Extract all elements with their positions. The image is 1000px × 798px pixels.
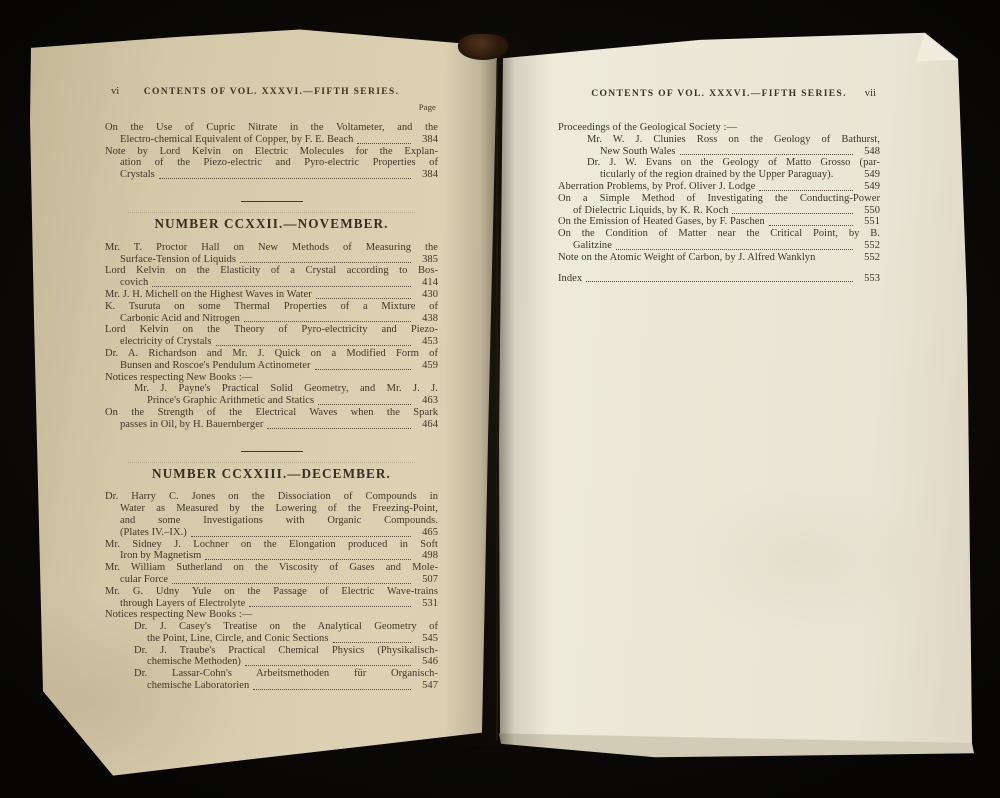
toc-line-text: passes in Oil, by H. Bauernberger — [120, 419, 263, 431]
toc-line: Mr. W. J. Clunies Ross on the Geology of… — [558, 134, 880, 146]
leader-dots — [152, 286, 411, 287]
page-column-label: Page — [105, 102, 436, 113]
toc-line: Mr. William Sutherland on the Viscosity … — [105, 562, 438, 574]
section-rule — [241, 201, 303, 202]
toc-entry-lastline: passes in Oil, by H. Bauernberger464 — [105, 419, 438, 431]
left-folio: vi — [111, 86, 119, 98]
toc-line-text: Bunsen and Roscoe's Pendulum Actinometer — [120, 360, 311, 372]
toc-line-text: Crystals — [120, 169, 155, 181]
toc-entry-lastline: through Layers of Electrolyte531 — [105, 598, 438, 610]
toc-entry: Notices respecting New Books :— — [105, 372, 438, 384]
leader-dots — [315, 369, 411, 370]
toc-line: Notices respecting New Books :— — [105, 609, 438, 621]
toc-line: ation of the Piezo-electric and Pyro-ele… — [105, 157, 438, 169]
toc-line-text: (Plates IV.–IX.) — [120, 527, 187, 539]
toc-entry-lastline: Galitzine552 — [558, 240, 880, 252]
toc-line: Mr. G. Udny Yule on the Passage of Elect… — [105, 586, 438, 598]
toc-entry: Dr. J. Casey's Treatise on the Analytica… — [105, 621, 438, 645]
toc-entry-lastline: On the Emission of Heated Gases, by F. P… — [558, 216, 880, 228]
leader-dots — [191, 536, 411, 537]
toc-line: Mr. J. Payne's Practical Solid Geometry,… — [105, 383, 438, 395]
toc-entry-lastline: of Dielectric Liquids, by K. R. Koch550 — [558, 205, 880, 217]
toc-page-number: 546 — [414, 656, 438, 668]
toc-line: Dr. Harry C. Jones on the Dissociation o… — [105, 491, 438, 503]
toc-line-text: Electro-chemical Equivalent of Copper, b… — [120, 134, 353, 146]
toc-line: Dr. J. W. Evans on the Geology of Matto … — [558, 157, 880, 169]
toc-page-number: 464 — [414, 419, 438, 431]
toc-line: Mr. T. Proctor Hall on New Methods of Me… — [105, 242, 438, 254]
leader-dots — [586, 281, 853, 282]
toc-line-text: ticularly of the region drained by the U… — [600, 169, 833, 181]
toc-page-number: 438 — [414, 313, 438, 325]
toc-entry-lastline: Bunsen and Roscoe's Pendulum Actinometer… — [105, 360, 438, 372]
toc-entry: Mr. William Sutherland on the Viscosity … — [105, 562, 438, 586]
toc-entry: Mr. W. J. Clunies Ross on the Geology of… — [558, 134, 880, 158]
leader-dots — [245, 665, 411, 666]
right-running-title: CONTENTS OF VOL. XXXVI.—FIFTH SERIES. — [558, 88, 880, 100]
toc-page-number: 552 — [856, 240, 880, 252]
toc-line: On the Strength of the Electrical Waves … — [105, 407, 438, 419]
toc-line: Dr. J. Traube's Practical Chemical Physi… — [105, 645, 438, 657]
toc-entry-lastline: ticularly of the region drained by the U… — [558, 169, 880, 181]
ghost-bleed-line — [128, 205, 414, 213]
toc-line-text: Carbonic Acid and Nitrogen — [120, 313, 240, 325]
toc-line-text: Note on the Atomic Weight of Carbon, by … — [558, 252, 815, 264]
toc-page-number: 453 — [414, 336, 438, 348]
leader-dots — [159, 178, 411, 179]
toc-line: On a Simple Method of Investigating the … — [558, 193, 880, 205]
toc-line-text: covich — [120, 277, 148, 289]
toc-line: Notices respecting New Books :— — [105, 372, 438, 384]
toc-entry: Dr. J. Traube's Practical Chemical Physi… — [105, 645, 438, 669]
toc-line-text: Prince's Graphic Arithmetic and Statics — [147, 395, 314, 407]
toc-line-text: cular Force — [120, 574, 168, 586]
toc-entry-lastline: Electro-chemical Equivalent of Copper, b… — [105, 134, 438, 146]
left-running-head: vi CONTENTS OF VOL. XXXVI.—FIFTH SERIES. — [105, 86, 438, 99]
toc-line: K. Tsuruta on some Thermal Properties of… — [105, 301, 438, 313]
toc-page-number: 531 — [414, 598, 438, 610]
leader-dots — [616, 249, 853, 250]
book-spine-top — [458, 34, 508, 60]
toc-entry: On the Condition of Matter near the Crit… — [558, 228, 880, 252]
toc-line-text: Galitzine — [573, 240, 612, 252]
section-header: NUMBER CCXXII.—NOVEMBER. — [105, 218, 438, 230]
toc-page-number: 384 — [414, 134, 438, 146]
toc-entry: K. Tsuruta on some Thermal Properties of… — [105, 301, 438, 325]
toc-entry-lastline: chemische Laboratorien547 — [105, 680, 438, 692]
toc-entry-lastline: the Point, Line, Circle, and Conic Secti… — [105, 633, 438, 645]
toc-page-number: 549 — [856, 169, 880, 181]
toc-line: Proceedings of the Geological Society :— — [558, 122, 880, 134]
toc-entry-lastline: (Plates IV.–IX.)465 — [105, 527, 438, 539]
toc-entry-lastline: electricity of Crystals453 — [105, 336, 438, 348]
gutter-crease — [496, 60, 498, 740]
toc-entry: Index553 — [558, 273, 880, 285]
toc-entry-lastline: Iron by Magnetism498 — [105, 550, 438, 562]
left-page-text: vi CONTENTS OF VOL. XXXVI.—FIFTH SERIES.… — [105, 86, 438, 692]
toc-entry: Mr. G. Udny Yule on the Passage of Elect… — [105, 586, 438, 610]
right-running-head: vii CONTENTS OF VOL. XXXVI.—FIFTH SERIES… — [558, 88, 880, 101]
toc-line-text: the Point, Line, Circle, and Conic Secti… — [147, 633, 329, 645]
leader-dots — [172, 583, 411, 584]
toc-entry-lastline: chemische Methoden)546 — [105, 656, 438, 668]
toc-page-number: 498 — [414, 550, 438, 562]
toc-line: Lord Kelvin on the Elasticity of a Cryst… — [105, 265, 438, 277]
right-page-text: vii CONTENTS OF VOL. XXXVI.—FIFTH SERIES… — [558, 88, 880, 284]
toc-entry: Note by Lord Kelvin on Electric Molecule… — [105, 146, 438, 181]
toc-line: and some Investigations with Organic Com… — [105, 515, 438, 527]
toc-line: On the Condition of Matter near the Crit… — [558, 228, 880, 240]
toc-entry-lastline: Aberration Problems, by Prof. Oliver J. … — [558, 181, 880, 193]
toc-page-number: 549 — [856, 181, 880, 193]
leader-dots — [253, 689, 411, 690]
leader-dots — [318, 404, 411, 405]
leader-dots — [267, 428, 411, 429]
section-separator: NUMBER CCXXII.—NOVEMBER. — [105, 201, 438, 230]
right-folio: vii — [865, 88, 876, 100]
toc-page-number: 385 — [414, 254, 438, 266]
toc-line-text: chemische Laboratorien — [147, 680, 249, 692]
toc-line-text: Mr. J. H. Michell on the Highest Waves i… — [105, 289, 312, 301]
toc-entry-lastline: Mr. J. H. Michell on the Highest Waves i… — [105, 289, 438, 301]
toc-line: On the Use of Cupric Nitrate in the Volt… — [105, 122, 438, 134]
toc-entry-lastline: Surface-Tension of Liquids385 — [105, 254, 438, 266]
toc-line-text: New South Wales — [600, 146, 676, 158]
toc-page-number: 551 — [856, 216, 880, 228]
toc-entry: Mr. T. Proctor Hall on New Methods of Me… — [105, 242, 438, 266]
toc-entry-lastline: covich414 — [105, 277, 438, 289]
book-photo: vi CONTENTS OF VOL. XXXVI.—FIFTH SERIES.… — [0, 0, 1000, 798]
leader-dots — [249, 606, 411, 607]
toc-page-number: 552 — [856, 252, 880, 264]
leader-dots — [333, 642, 412, 643]
leader-dots — [316, 298, 411, 299]
right-toc: Proceedings of the Geological Society :—… — [558, 122, 880, 264]
toc-entry: Mr. J. H. Michell on the Highest Waves i… — [105, 289, 438, 301]
toc-page-number: 430 — [414, 289, 438, 301]
toc-entry: Dr. J. W. Evans on the Geology of Matto … — [558, 157, 880, 181]
toc-entry-lastline: cular Force507 — [105, 574, 438, 586]
leader-dots — [240, 262, 411, 263]
toc-section: On the Use of Cupric Nitrate in the Volt… — [105, 122, 438, 181]
toc-line: Dr. A. Richardson and Mr. J. Quick on a … — [105, 348, 438, 360]
toc-entry: Lord Kelvin on the Theory of Pyro-electr… — [105, 324, 438, 348]
toc-entry: Mr. J. Payne's Practical Solid Geometry,… — [105, 383, 438, 407]
toc-line-text: Aberration Problems, by Prof. Oliver J. … — [558, 181, 755, 193]
toc-entry-lastline: Prince's Graphic Arithmetic and Statics4… — [105, 395, 438, 407]
toc-section: NUMBER CCXXII.—NOVEMBER.Mr. T. Proctor H… — [105, 201, 438, 431]
toc-entry: Note on the Atomic Weight of Carbon, by … — [558, 252, 880, 264]
toc-entry: Aberration Problems, by Prof. Oliver J. … — [558, 181, 880, 193]
toc-line: Lord Kelvin on the Theory of Pyro-electr… — [105, 324, 438, 336]
toc-entry: On the Use of Cupric Nitrate in the Volt… — [105, 122, 438, 146]
toc-entry: On the Strength of the Electrical Waves … — [105, 407, 438, 431]
toc-line-text: Index — [558, 273, 582, 285]
toc-entry-lastline: Crystals384 — [105, 169, 438, 181]
leader-dots — [357, 143, 411, 144]
toc-entry: On the Emission of Heated Gases, by F. P… — [558, 216, 880, 228]
leader-dots — [732, 213, 853, 214]
toc-entry-lastline: Carbonic Acid and Nitrogen438 — [105, 313, 438, 325]
ghost-bleed-line — [128, 455, 414, 463]
toc-page-number: 507 — [414, 574, 438, 586]
toc-page-number: 548 — [856, 146, 880, 158]
toc-page-number: 414 — [414, 277, 438, 289]
leader-dots — [205, 559, 411, 560]
toc-line-text: electricity of Crystals — [120, 336, 212, 348]
toc-entry: Mr. Sidney J. Lochner on the Elongation … — [105, 539, 438, 563]
toc-entry: Dr. Harry C. Jones on the Dissociation o… — [105, 491, 438, 538]
toc-page-number: 459 — [414, 360, 438, 372]
toc-line: Water as Measured by the Lowering of the… — [105, 503, 438, 515]
section-separator: NUMBER CCXXIII.—DECEMBER. — [105, 451, 438, 480]
toc-page-number: 547 — [414, 680, 438, 692]
toc-entry: Dr. Lassar-Cohn's Arbeitsmethoden für Or… — [105, 668, 438, 692]
toc-line-text: through Layers of Electrolyte — [120, 598, 245, 610]
toc-line: Dr. J. Casey's Treatise on the Analytica… — [105, 621, 438, 633]
toc-page-number: 463 — [414, 395, 438, 407]
left-running-title: CONTENTS OF VOL. XXXVI.—FIFTH SERIES. — [105, 86, 438, 98]
toc-line-text: On the Emission of Heated Gases, by F. P… — [558, 216, 765, 228]
toc-section: NUMBER CCXXIII.—DECEMBER.Dr. Harry C. Jo… — [105, 451, 438, 692]
toc-entry-lastline: Note on the Atomic Weight of Carbon, by … — [558, 252, 880, 264]
toc-line-text: Iron by Magnetism — [120, 550, 201, 562]
toc-entry: Dr. A. Richardson and Mr. J. Quick on a … — [105, 348, 438, 372]
toc-entry: Notices respecting New Books :— — [105, 609, 438, 621]
index-entry-wrap: Index553 — [558, 273, 880, 285]
toc-line: Dr. Lassar-Cohn's Arbeitsmethoden für Or… — [105, 668, 438, 680]
leader-dots — [759, 190, 853, 191]
toc-entry-lastline: New South Wales548 — [558, 146, 880, 158]
toc-page-number: 553 — [856, 273, 880, 285]
left-toc: On the Use of Cupric Nitrate in the Volt… — [105, 122, 438, 692]
toc-entry-lastline: Index553 — [558, 273, 880, 285]
toc-line: Mr. Sidney J. Lochner on the Elongation … — [105, 539, 438, 551]
leader-dots — [216, 345, 411, 346]
toc-page-number: 550 — [856, 205, 880, 217]
toc-page-number: 384 — [414, 169, 438, 181]
section-rule — [241, 451, 303, 452]
toc-line-text: chemische Methoden) — [147, 656, 241, 668]
toc-line-text: of Dielectric Liquids, by K. R. Koch — [573, 205, 728, 217]
toc-page-number: 545 — [414, 633, 438, 645]
toc-page-number: 465 — [414, 527, 438, 539]
toc-line: Note by Lord Kelvin on Electric Molecule… — [105, 146, 438, 158]
toc-entry: On a Simple Method of Investigating the … — [558, 193, 880, 217]
leader-dots — [244, 321, 411, 322]
section-header: NUMBER CCXXIII.—DECEMBER. — [105, 468, 438, 480]
toc-entry: Lord Kelvin on the Elasticity of a Cryst… — [105, 265, 438, 289]
leader-dots — [680, 154, 853, 155]
toc-line-text: Surface-Tension of Liquids — [120, 254, 236, 266]
toc-entry: Proceedings of the Geological Society :— — [558, 122, 880, 134]
leader-dots — [769, 225, 853, 226]
